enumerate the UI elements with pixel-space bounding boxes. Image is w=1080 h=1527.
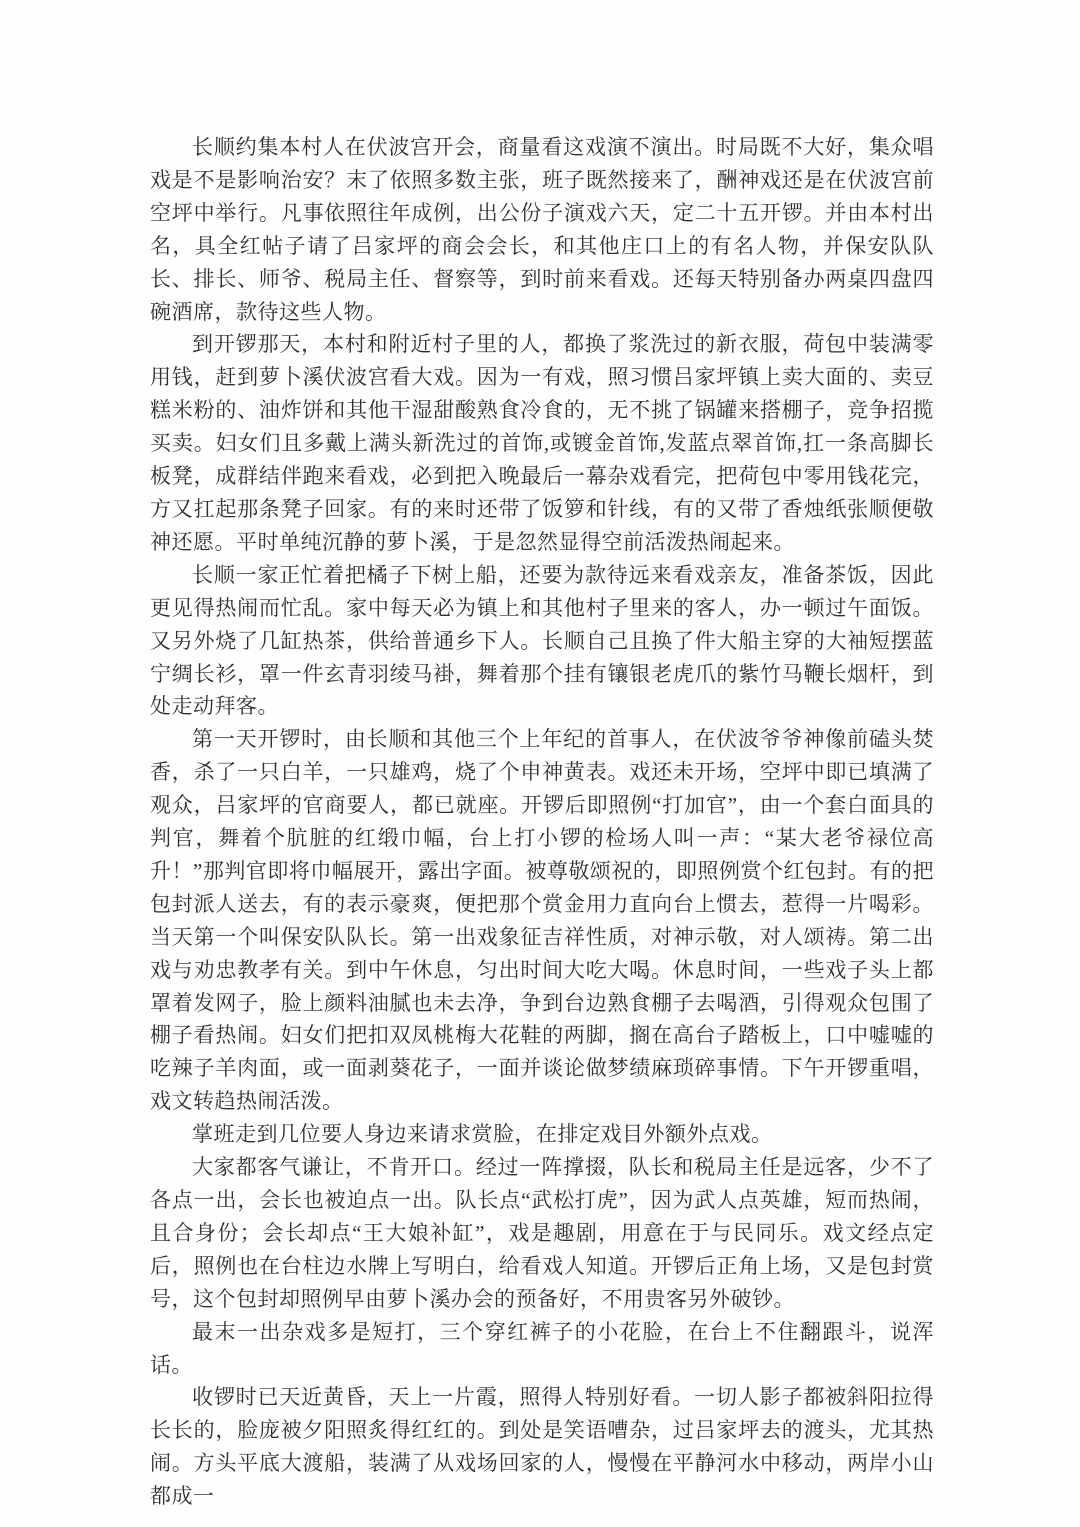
paragraph-2: 到开锣那天，本村和附近村子里的人，都换了浆洗过的新衣服，荷包中装满零用钱，赶到萝… — [150, 328, 934, 558]
paragraph-4: 第一天开锣时，由长顺和其他三个上年纪的首事人，在伏波爷爷神像前磕头焚香，杀了一只… — [150, 723, 934, 1118]
document-page: 长顺约集本村人在伏波宫开会，商量看这戏演不演出。时局既不大好，集众唱戏是不是影响… — [0, 0, 1080, 1527]
text-column: 长顺约集本村人在伏波宫开会，商量看这戏演不演出。时局既不大好，集众唱戏是不是影响… — [150, 131, 934, 1513]
paragraph-1: 长顺约集本村人在伏波宫开会，商量看这戏演不演出。时局既不大好，集众唱戏是不是影响… — [150, 131, 934, 328]
paragraph-5: 掌班走到几位要人身边来请求赏脸，在排定戏目外额外点戏。 — [150, 1118, 934, 1151]
paragraph-8: 收锣时已天近黄昏，天上一片霞，照得人特别好看。一切人影子都被斜阳拉得长长的，脸庞… — [150, 1381, 934, 1513]
paragraph-3: 长顺一家正忙着把橘子下树上船，还要为款待远来看戏亲友，准备茶饭，因此更见得热闹而… — [150, 559, 934, 724]
paragraph-7: 最末一出杂戏多是短打，三个穿红裤子的小花脸，在台上不住翻跟斗，说浑话。 — [150, 1316, 934, 1382]
paragraph-6: 大家都客气谦让，不肯开口。经过一阵撑掇，队长和税局主任是远客，少不了各点一出，会… — [150, 1151, 934, 1316]
